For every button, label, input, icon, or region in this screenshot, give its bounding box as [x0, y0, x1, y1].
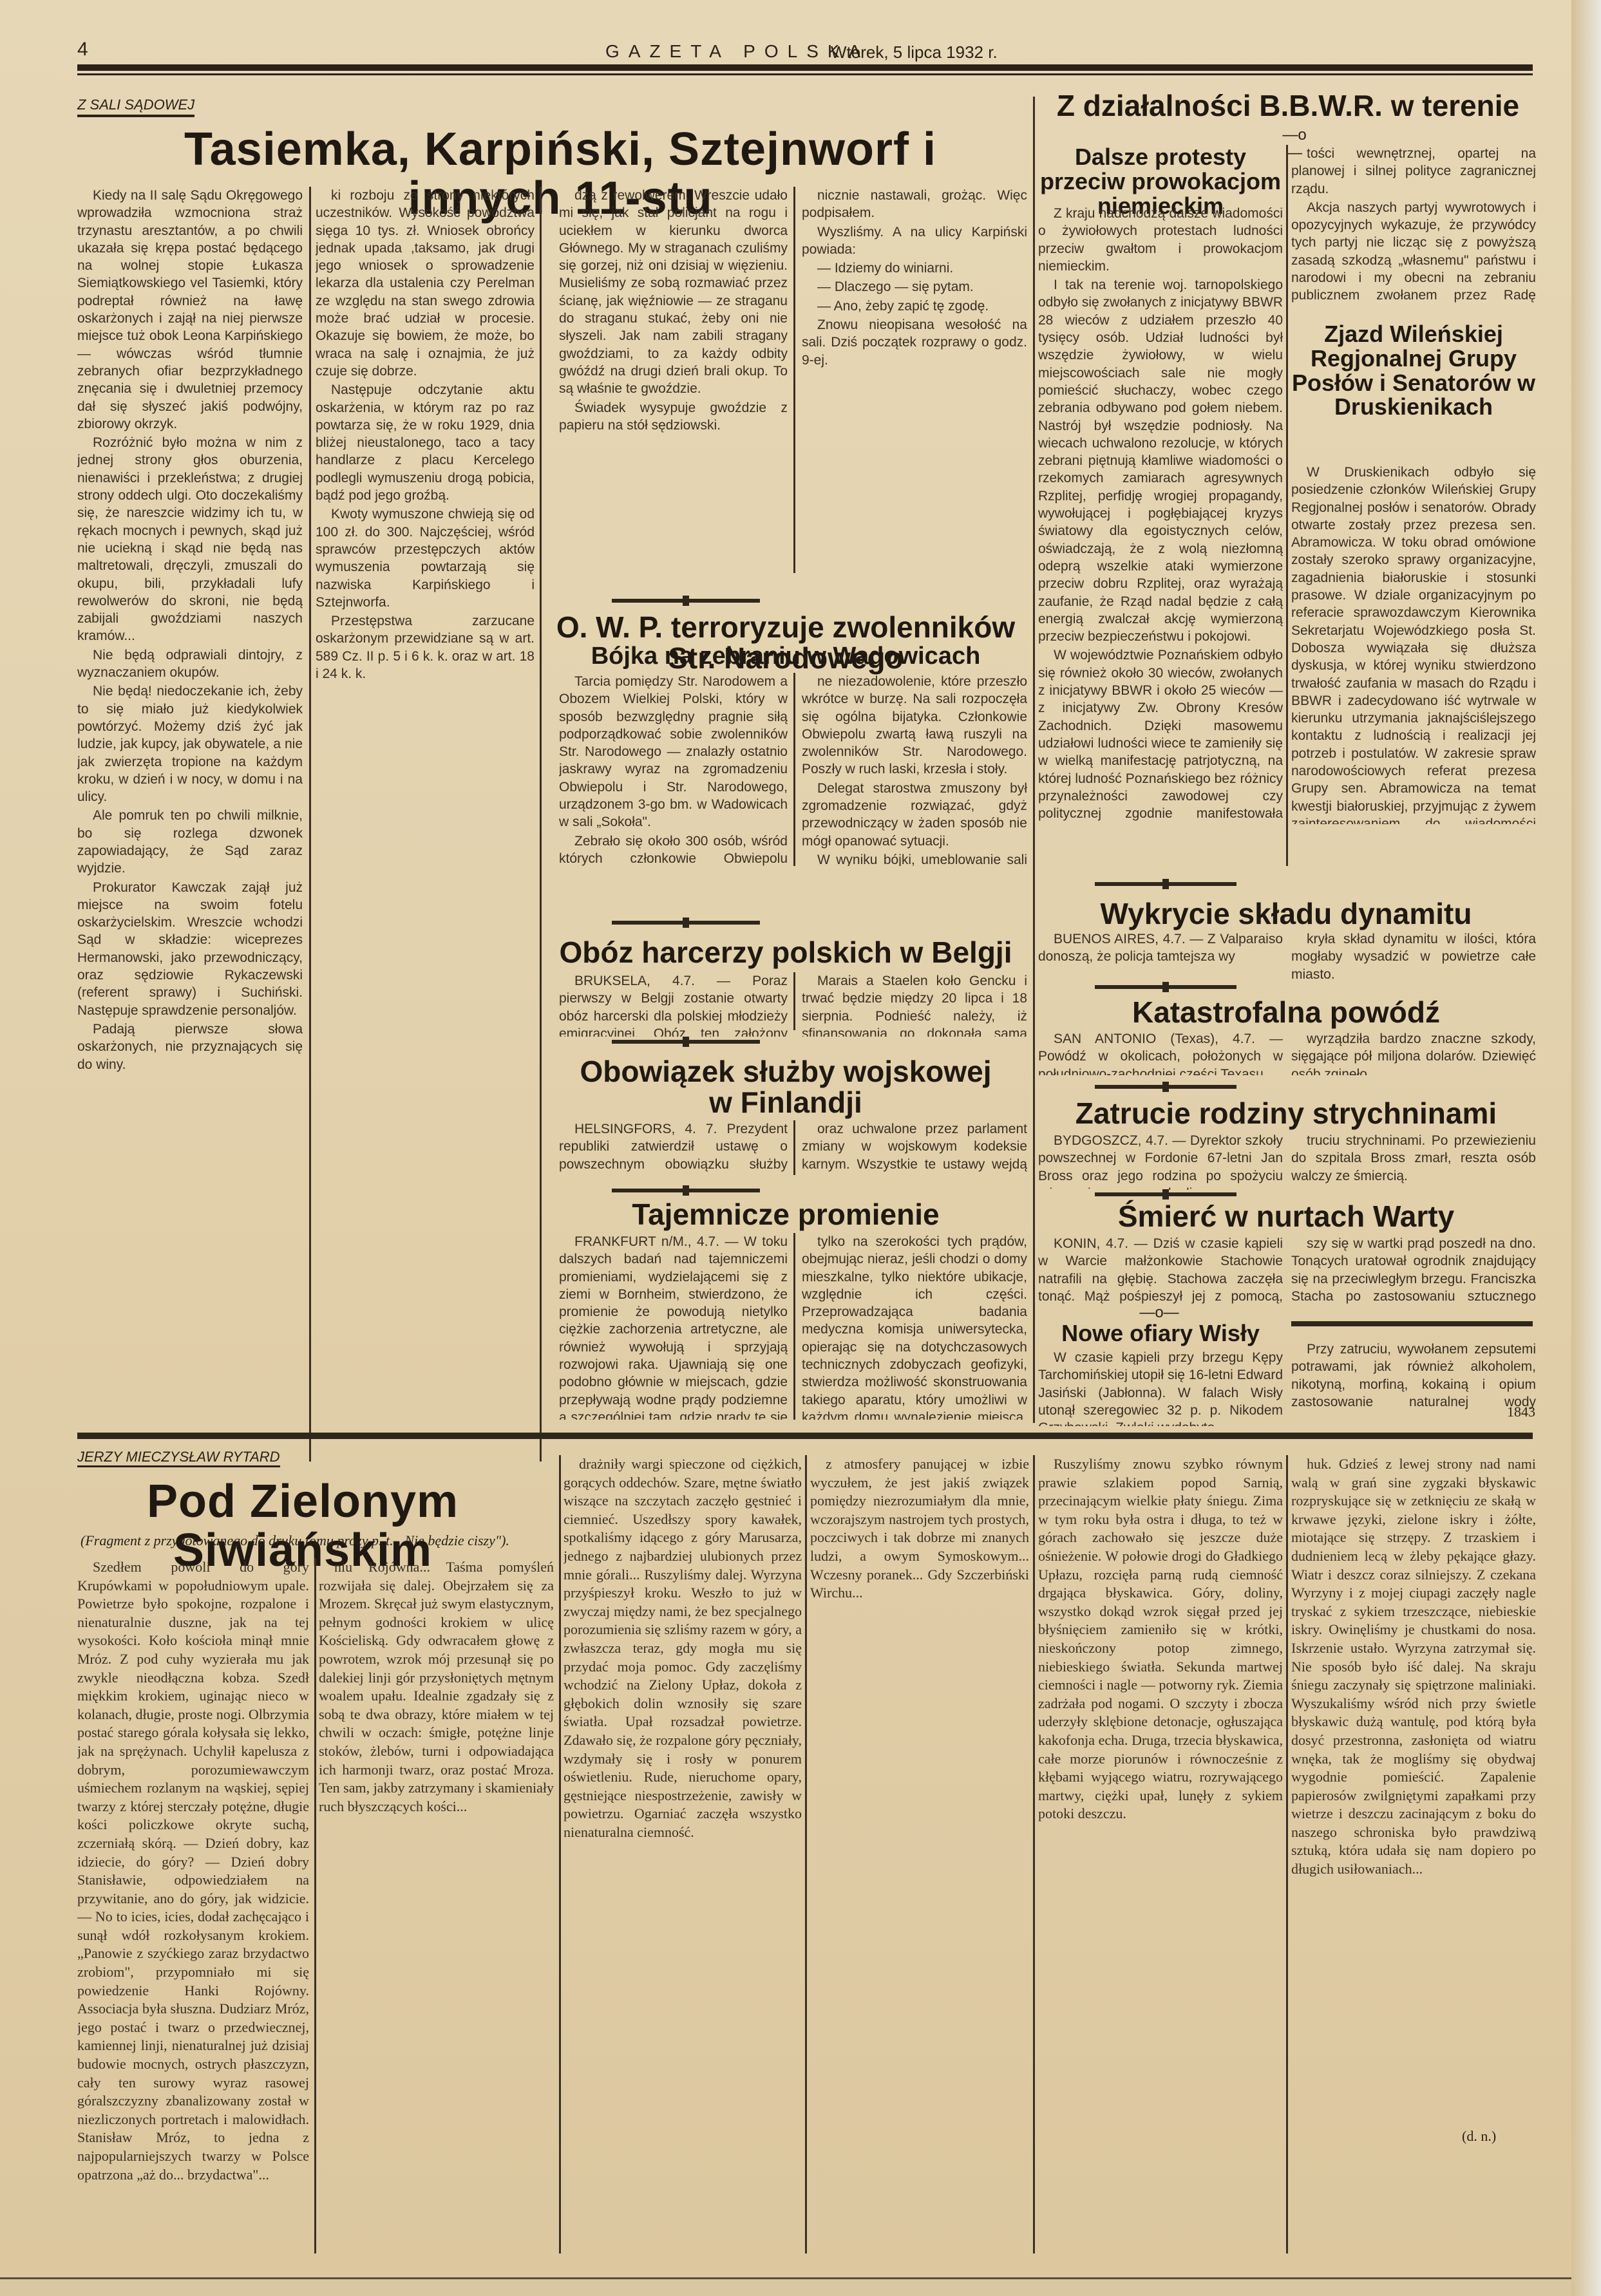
column-rule: [793, 1120, 795, 1175]
story-column-6: huk. Gdzieś z lewej strony nad nami walą…: [1291, 1455, 1536, 2228]
story-column-1: Szedłem powoli do góry Krupówkami w popo…: [77, 1558, 309, 2254]
rays-column-1: FRANKFURT n/M., 4.7. — W toku dalszych b…: [559, 1233, 788, 1420]
masthead-rule-thin: [77, 73, 1533, 75]
newspaper-page: 4 GAZETA POLSKA Wtorek, 5 lipca 1932 r. …: [0, 0, 1571, 2279]
warta-headline: Śmierć w nurtach Warty: [1038, 1201, 1534, 1232]
wilno-headline: Zjazd Wileńskiej Regjonalnej Grupy Posłó…: [1291, 322, 1536, 419]
column-rule: [559, 1455, 561, 2254]
dynamite-column-1: BUENOS AIRES, 4.7. — Z Valparaiso donosz…: [1038, 930, 1283, 975]
column-rule: [1033, 97, 1035, 1423]
article-divider: [1095, 1085, 1236, 1089]
ad-text: Przy zatruciu, wywołanem zepsutemi potra…: [1291, 1341, 1536, 1411]
column-rule: [1286, 145, 1288, 866]
rays-headline: Tajemnicze promienie: [541, 1199, 1030, 1230]
story-column-4: z atmosfery panującej w izbie wyczułem, …: [810, 1455, 1029, 2254]
finland-column-1: HELSINGFORS, 4. 7. Prezydent republiki z…: [559, 1120, 788, 1175]
section-kicker: Z SALI SĄDOWEJ: [77, 97, 194, 117]
issue-date: Wtorek, 5 lipca 1932 r.: [831, 42, 998, 62]
page-edge: [1571, 0, 1601, 2296]
story-signoff: (d. n.): [1462, 2128, 1496, 2145]
rays-column-2: tylko na szerokości tych prądów, obejmuj…: [802, 1233, 1027, 1420]
column-rule: [805, 1455, 807, 2254]
separator-ornament: —o—: [1133, 1304, 1185, 1322]
column-rule: [540, 187, 542, 1462]
article-divider: [612, 599, 760, 603]
masthead-rule: [77, 64, 1533, 71]
warta-column-2: szy się w wartki prąd poszedł na dno. To…: [1291, 1235, 1536, 1306]
dynamite-column-2: kryła skład dynamitu w ilości, która mog…: [1291, 930, 1536, 982]
belgium-headline: Obóz harcerzy polskich w Belgji: [541, 937, 1030, 968]
column-rule: [793, 1233, 795, 1420]
story-fragment-note: (Fragment z przygotowanego do druku tomu…: [81, 1532, 544, 1549]
owp-subheadline: Bójka na zebraniu w Wadowicach: [541, 644, 1030, 670]
section-rule: [77, 1433, 1533, 1439]
court-column-4: nicznie nastawali, grożąc. Więc podpisał…: [802, 187, 1027, 573]
wilno-text: W Druskienikach odbyło się posiedzenie c…: [1291, 464, 1536, 824]
page-number: 4: [77, 39, 88, 61]
bbwr-column-2: tości wewnętrznej, opartej na planowej i…: [1291, 145, 1536, 306]
dynamite-headline: Wykrycie składu dynamitu: [1038, 898, 1534, 929]
story-byline: JERZY MIECZYSŁAW RYTARD: [77, 1449, 280, 1467]
poison-column-1: BYDGOSZCZ, 4.7. — Dyrektor szkoły powsze…: [1038, 1132, 1283, 1190]
story-column-3: drażniły wargi spieczone od ciężkich, go…: [564, 1455, 802, 2254]
owp-column-1: Tarcia pomiędzy Str. Narodowem a Obozem …: [559, 673, 788, 866]
finland-headline-line1: Obowiązek służby wojskowej: [541, 1056, 1030, 1087]
vistula-text: W czasie kąpieli przy brzegu Kępy Tarcho…: [1038, 1349, 1283, 1426]
column-rule: [793, 673, 795, 866]
poison-headline: Zatrucie rodziny strychninami: [1038, 1098, 1534, 1129]
article-divider: [612, 1189, 760, 1192]
article-divider: [612, 1040, 760, 1044]
poison-column-2: truciu strychninami. Po przewiezieniu do…: [1291, 1132, 1536, 1190]
belgium-column-2: Marais a Staelen koło Gencku i trwać będ…: [802, 972, 1027, 1037]
article-divider: [1095, 1192, 1236, 1196]
belgium-column-1: BRUKSELA, 4.7. — Poraz pierwszy w Belgji…: [559, 972, 788, 1037]
story-column-2: niu Rojówna... Taśma pomyśleń rozwijała …: [319, 1558, 554, 2254]
masthead: 4 GAZETA POLSKA Wtorek, 5 lipca 1932 r.: [77, 39, 1546, 64]
court-column-2: ki rozboju ze strony niektórych uczestni…: [316, 187, 535, 1462]
court-column-1: Kiedy na II salę Sądu Okręgowego wprowad…: [77, 187, 303, 1462]
ad-code: 1843: [1507, 1404, 1535, 1420]
column-rule: [793, 187, 795, 573]
finland-headline-line2: w Finlandji: [541, 1087, 1030, 1118]
column-rule: [793, 972, 795, 1030]
court-column-3: dzą z rewolwerem. Wreszcie udało mi się,…: [559, 187, 788, 573]
finland-column-2: oraz uchwalone przez parlament zmiany w …: [802, 1120, 1027, 1175]
owp-column-2: ne niezadowolenie, które przeszło wkrótc…: [802, 673, 1027, 866]
paper-name: GAZETA POLSKA: [605, 41, 869, 62]
column-rule: [314, 1558, 316, 2254]
column-rule: [1033, 1455, 1035, 2254]
bbwr-column-1: Z kraju nadchodzą dalsze wiadomości o ży…: [1038, 205, 1283, 823]
article-divider: [1095, 882, 1236, 886]
article-divider: [1095, 985, 1236, 989]
column-rule: [1286, 1455, 1288, 2254]
flood-headline: Katastrofalna powódź: [1038, 997, 1534, 1028]
vistula-headline: Nowe ofiary Wisły: [1038, 1321, 1283, 1346]
article-divider: [612, 921, 760, 925]
story-column-5: Ruszyliśmy znowu szybko równym prawie sz…: [1038, 1455, 1283, 2254]
warta-column-1: KONIN, 4.7. — Dziś w czasie kąpieli w Wa…: [1038, 1235, 1283, 1306]
ad-rule: [1291, 1321, 1533, 1326]
bbwr-headline: Z działalności B.B.W.R. w terenie: [1043, 90, 1533, 121]
flood-column-2: wyrządziła bardzo znaczne szkody, sięgaj…: [1291, 1030, 1536, 1075]
column-rule: [309, 187, 311, 1462]
flood-column-1: SAN ANTONIO (Texas), 4.7. — Powódź w oko…: [1038, 1030, 1283, 1075]
